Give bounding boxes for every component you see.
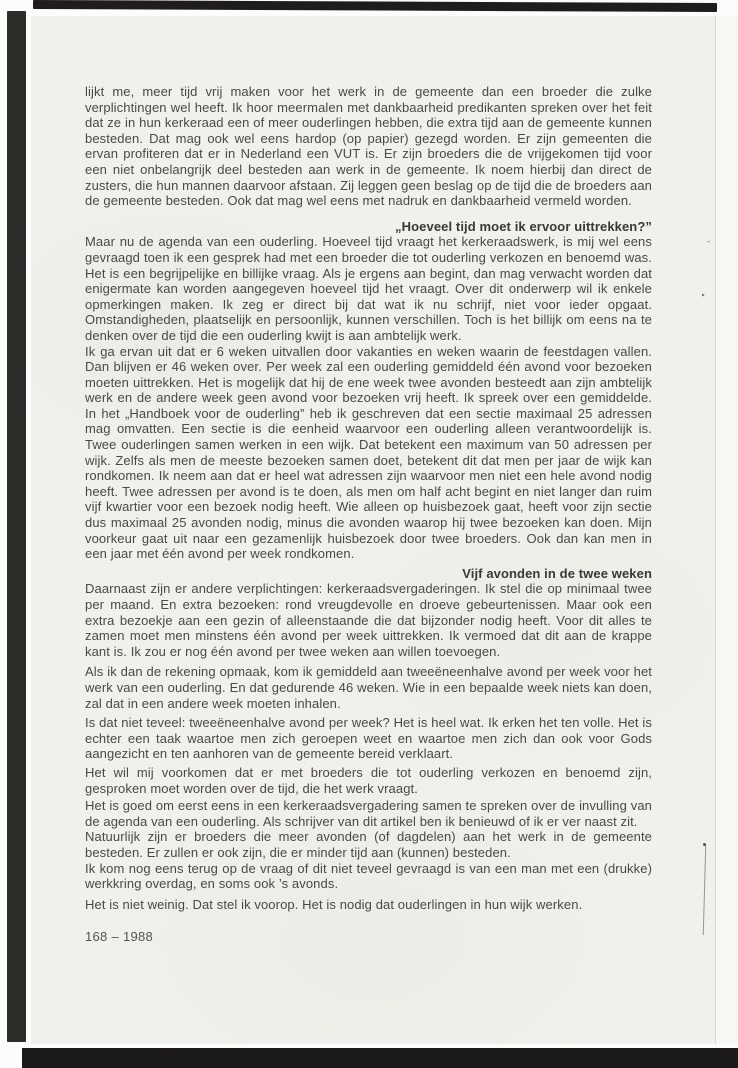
scan-scratch-dot: [703, 843, 706, 846]
article-paragraph: Natuurlijk zijn er broeders die meer avo…: [85, 829, 652, 860]
article-paragraph: Maar nu de agenda van een ouderling. Hoe…: [85, 234, 652, 343]
article-paragraph: Het is niet weinig. Dat stel ik voorop. …: [85, 897, 652, 913]
scan-frame-bottom-bar: [22, 1048, 738, 1068]
section-heading-five-evenings: Vijf avonden in de twee weken: [85, 566, 652, 582]
article-paragraph: Ik ga ervan uit dat er 6 weken uitvallen…: [85, 344, 652, 562]
page-right-edge: [715, 16, 738, 1044]
article-paragraph: Is dat niet teveel: tweeëneenhalve avond…: [85, 715, 652, 762]
page-number-footer: 168 – 1988: [85, 929, 652, 945]
section-heading-time-question: „Hoeveel tijd moet ik ervoor uittrekken?…: [85, 219, 652, 235]
article-paragraph: lijkt me, meer tijd vrij maken voor het …: [85, 84, 652, 209]
article-paragraph: Het wil mij voorkomen dat er met broeder…: [85, 765, 652, 796]
article-paragraph: Als ik dan de rekening opmaak, kom ik ge…: [85, 664, 652, 711]
article-body: lijkt me, meer tijd vrij maken voor het …: [85, 84, 652, 945]
scanned-document-page: ˇ ‣ lijkt me, meer tijd vrij maken voor …: [0, 0, 738, 1068]
scan-speck: ˇ: [707, 242, 713, 248]
article-paragraph: Daarnaast zijn er andere verplichtingen:…: [85, 581, 652, 659]
scan-speck: ‣: [701, 293, 706, 298]
article-paragraph: Ik kom nog eens terug op de vraag of dit…: [85, 861, 652, 892]
scan-frame-left-strip: [7, 11, 26, 1042]
article-paragraph: Het is goed om eerst eens in een kerkera…: [85, 798, 652, 829]
scan-frame-top-bar: [33, 0, 717, 12]
